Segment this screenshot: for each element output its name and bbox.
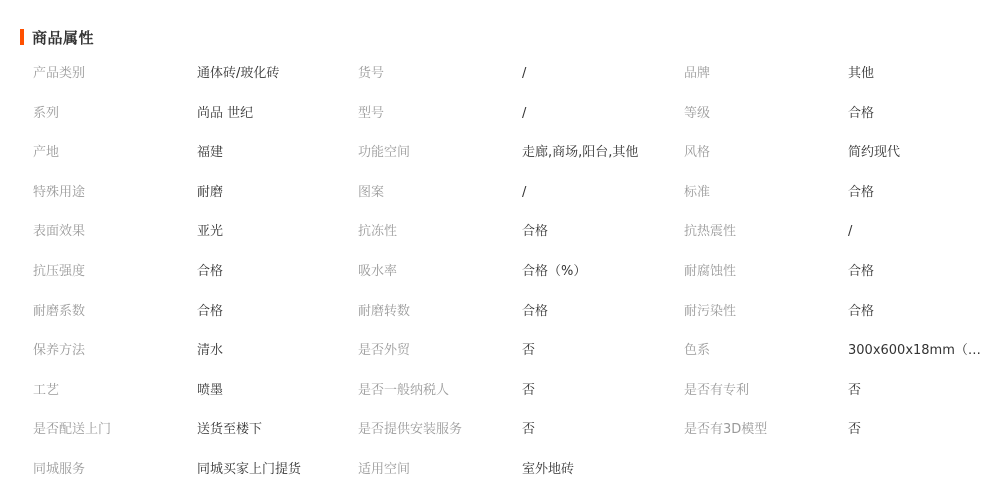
attribute-value: 福建 [197, 139, 347, 167]
attribute-label: 耐磨系数 [33, 298, 193, 326]
attribute-value: 其他 [848, 60, 983, 88]
attribute-label: 货号 [358, 60, 518, 88]
attribute-label: 适用空间 [358, 456, 518, 484]
attribute-label: 型号 [358, 100, 518, 128]
attribute-value: 清水 [197, 337, 347, 365]
attribute-row: 产地福建功能空间走廊,商场,阳台,其他风格简约现代 [0, 139, 1001, 179]
attribute-label: 风格 [684, 139, 844, 167]
attribute-value: 合格 [522, 298, 672, 326]
attribute-label: 色系 [684, 337, 844, 365]
attribute-value: 室外地砖 [522, 456, 672, 484]
attribute-label: 是否有专利 [684, 377, 844, 405]
attribute-value: 合格（%） [522, 258, 672, 286]
attribute-label: 同城服务 [33, 456, 193, 484]
attribute-label [684, 456, 844, 484]
attribute-label: 保养方法 [33, 337, 193, 365]
attribute-row: 同城服务同城买家上门提货适用空间室外地砖 [0, 456, 1001, 492]
attribute-row: 工艺喷墨是否一般纳税人否是否有专利否 [0, 377, 1001, 417]
attribute-value: 通体砖/玻化砖 [197, 60, 347, 88]
attribute-value: 300x600x18mm（可... [848, 337, 983, 365]
attribute-label: 表面效果 [33, 218, 193, 246]
attribute-label: 特殊用途 [33, 179, 193, 207]
attribute-label: 等级 [684, 100, 844, 128]
attribute-value: 合格 [848, 258, 983, 286]
attribute-row: 表面效果亚光抗冻性合格抗热震性/ [0, 218, 1001, 258]
attribute-label: 品牌 [684, 60, 844, 88]
attribute-label: 产地 [33, 139, 193, 167]
attribute-label: 吸水率 [358, 258, 518, 286]
attribute-row: 保养方法清水是否外贸否色系300x600x18mm（可... [0, 337, 1001, 377]
attribute-value: 否 [848, 377, 983, 405]
attribute-value: 合格 [197, 298, 347, 326]
attribute-label: 是否配送上门 [33, 416, 193, 444]
attribute-grid: 产品类别通体砖/玻化砖货号/品牌其他系列尚品 世纪型号/等级合格产地福建功能空间… [0, 60, 1001, 492]
attribute-label: 抗热震性 [684, 218, 844, 246]
attribute-value: 合格 [522, 218, 672, 246]
attribute-value: 否 [522, 416, 672, 444]
attribute-value: 合格 [848, 298, 983, 326]
attribute-value: 喷墨 [197, 377, 347, 405]
attribute-value: / [522, 60, 672, 88]
attribute-row: 产品类别通体砖/玻化砖货号/品牌其他 [0, 60, 1001, 100]
accent-bar [20, 29, 24, 45]
attribute-label: 产品类别 [33, 60, 193, 88]
attribute-value: 否 [522, 377, 672, 405]
attribute-label: 系列 [33, 100, 193, 128]
attribute-label: 标准 [684, 179, 844, 207]
attribute-label: 功能空间 [358, 139, 518, 167]
attribute-value: 合格 [848, 179, 983, 207]
product-attributes-panel: 商品属性 产品类别通体砖/玻化砖货号/品牌其他系列尚品 世纪型号/等级合格产地福… [0, 0, 1001, 492]
attribute-value: 同城买家上门提货 [197, 456, 347, 484]
attribute-row: 是否配送上门送货至楼下是否提供安装服务否是否有3D模型否 [0, 416, 1001, 456]
attribute-value: 否 [522, 337, 672, 365]
attribute-label: 是否有3D模型 [684, 416, 844, 444]
attribute-label: 工艺 [33, 377, 193, 405]
attribute-value: 耐磨 [197, 179, 347, 207]
attribute-value: 走廊,商场,阳台,其他 [522, 139, 672, 167]
attribute-value: 尚品 世纪 [197, 100, 347, 128]
attribute-value: / [522, 100, 672, 128]
attribute-label: 耐污染性 [684, 298, 844, 326]
section-title: 商品属性 [32, 27, 94, 48]
attribute-row: 特殊用途耐磨图案/标准合格 [0, 179, 1001, 219]
attribute-label: 耐腐蚀性 [684, 258, 844, 286]
attribute-row: 耐磨系数合格耐磨转数合格耐污染性合格 [0, 298, 1001, 338]
attribute-value: / [522, 179, 672, 207]
attribute-value: / [848, 218, 983, 246]
attribute-row: 系列尚品 世纪型号/等级合格 [0, 100, 1001, 140]
attribute-label: 抗冻性 [358, 218, 518, 246]
attribute-label: 是否外贸 [358, 337, 518, 365]
attribute-value: 合格 [197, 258, 347, 286]
attribute-value: 送货至楼下 [197, 416, 347, 444]
section-header: 商品属性 [20, 27, 94, 47]
attribute-label: 耐磨转数 [358, 298, 518, 326]
attribute-row: 抗压强度合格吸水率合格（%）耐腐蚀性合格 [0, 258, 1001, 298]
attribute-value [848, 456, 983, 484]
attribute-value: 否 [848, 416, 983, 444]
attribute-value: 亚光 [197, 218, 347, 246]
attribute-value: 合格 [848, 100, 983, 128]
attribute-label: 是否提供安装服务 [358, 416, 518, 444]
attribute-label: 是否一般纳税人 [358, 377, 518, 405]
attribute-value: 简约现代 [848, 139, 983, 167]
attribute-label: 抗压强度 [33, 258, 193, 286]
attribute-label: 图案 [358, 179, 518, 207]
